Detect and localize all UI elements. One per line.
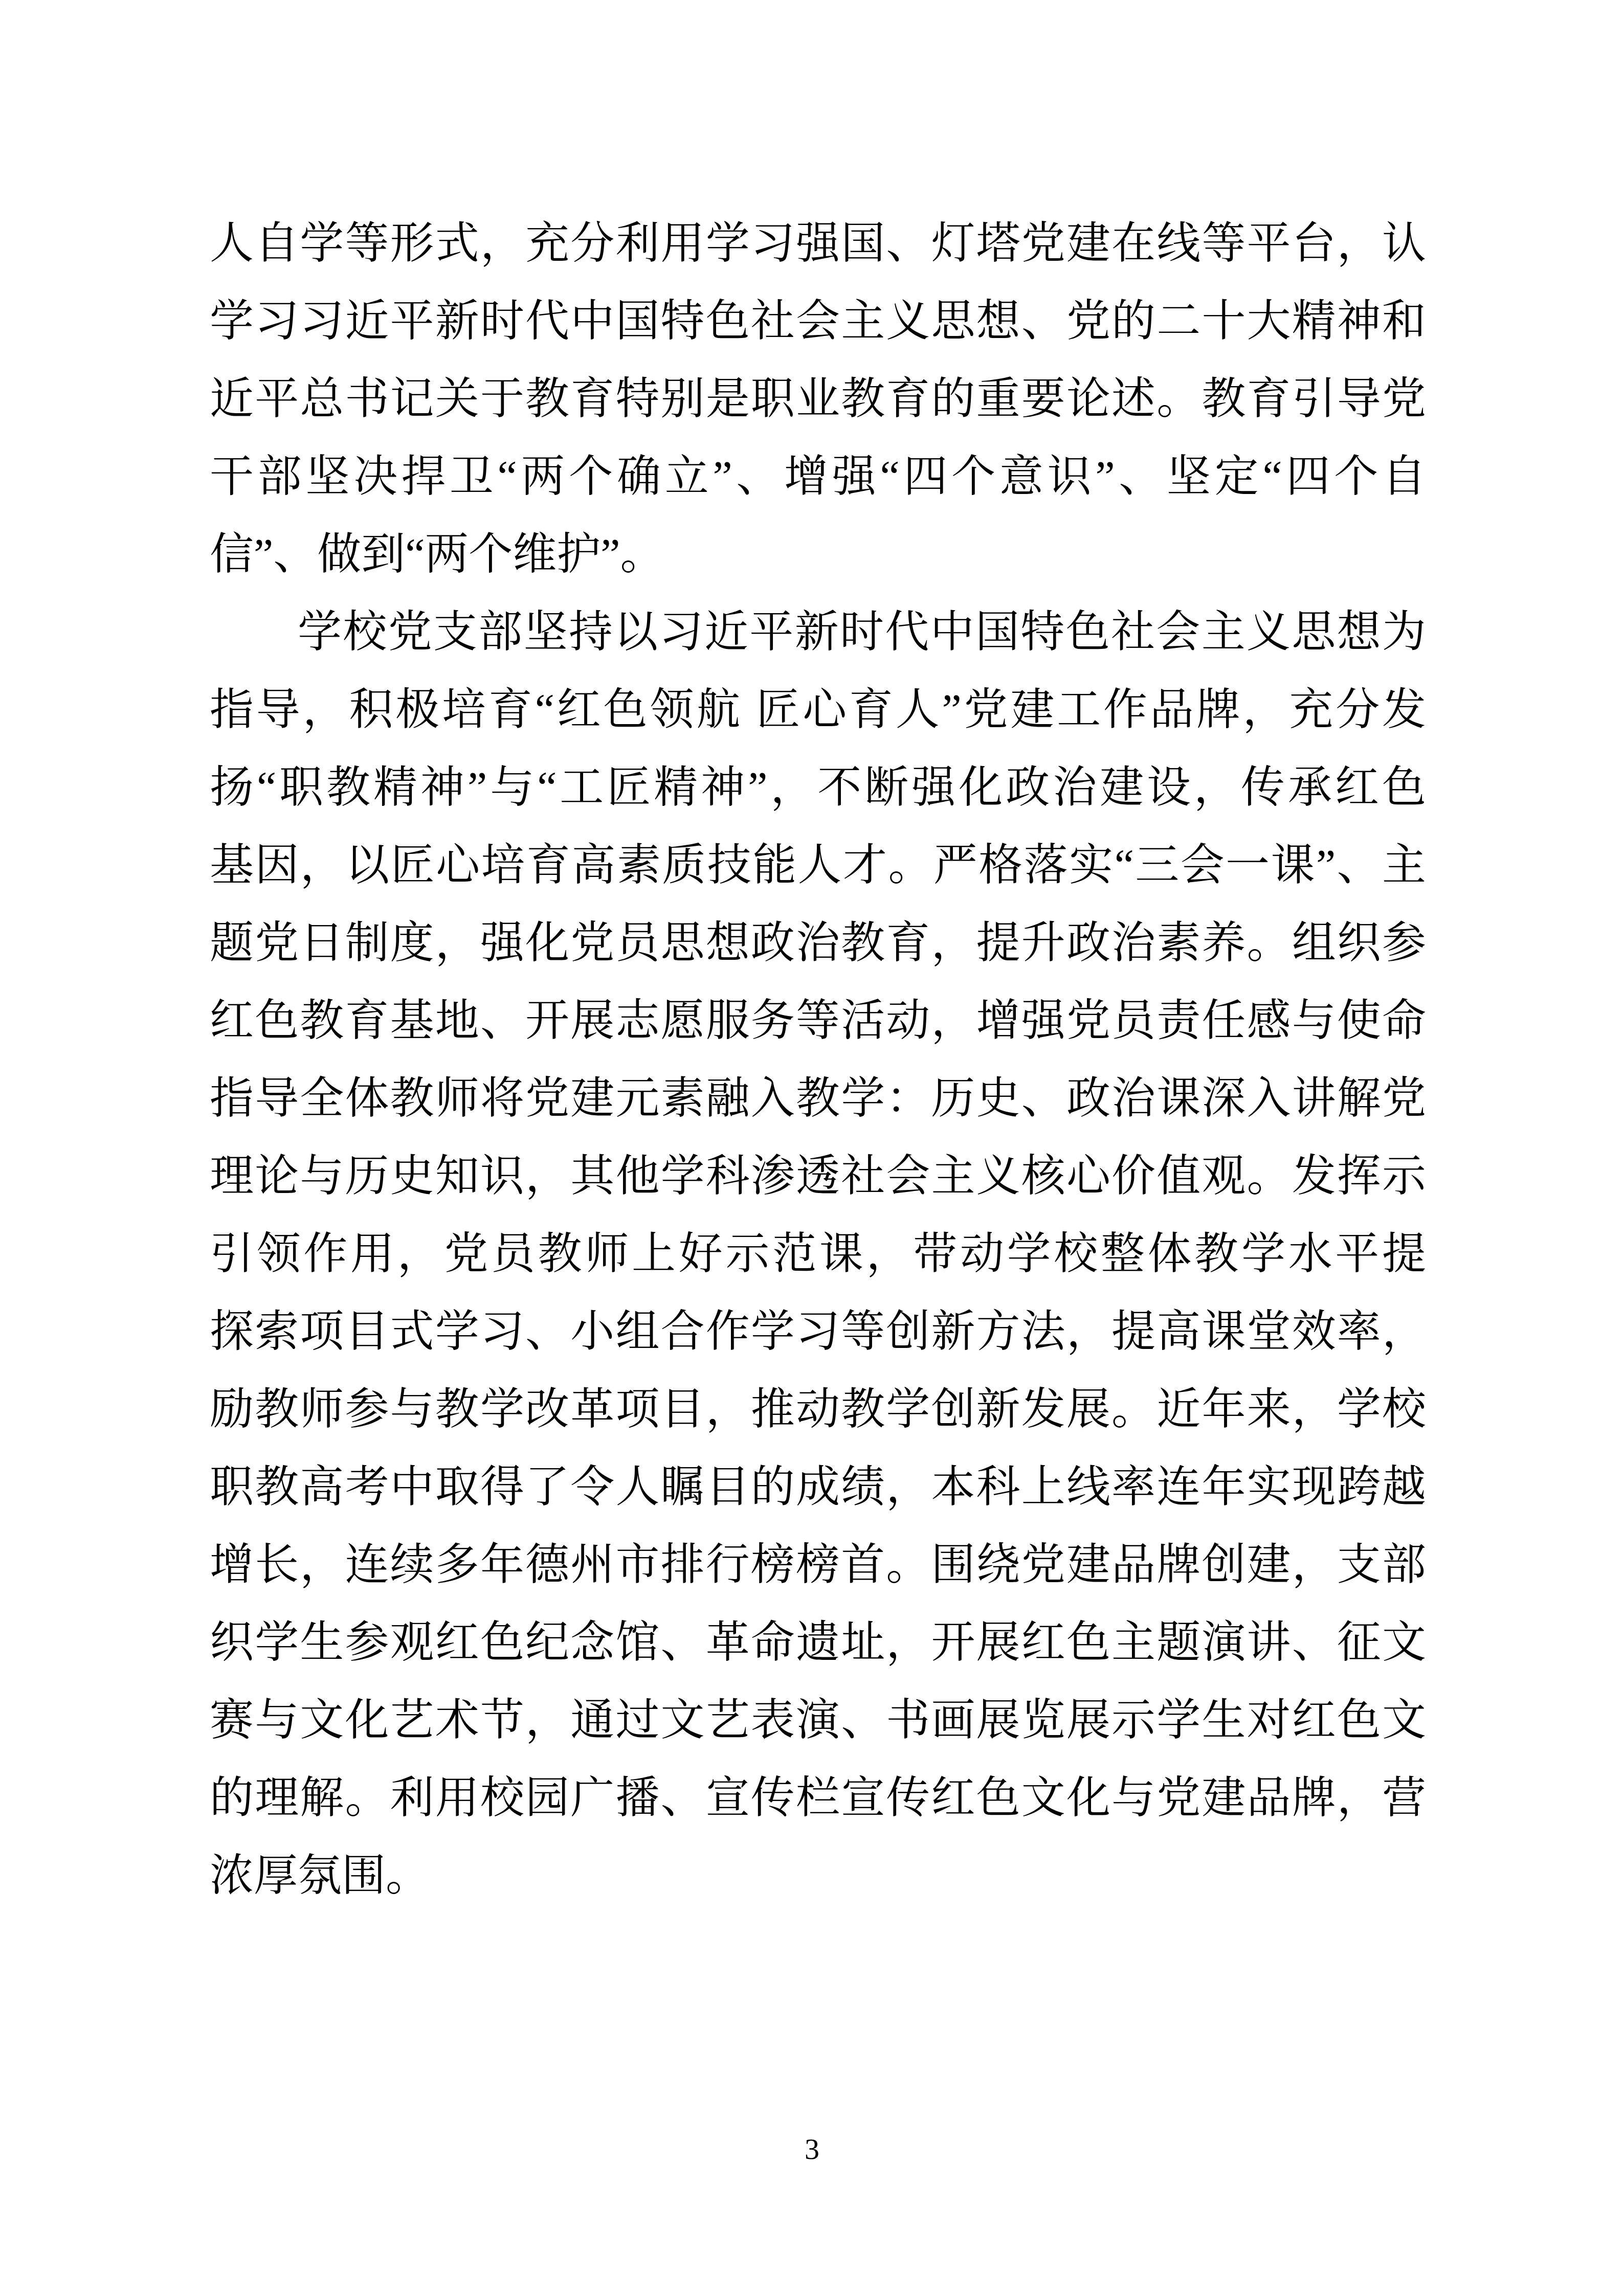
text-line: 引领作用，党员教师上好示范课，带动学校整体教学水平提升。 [210, 1215, 1426, 1293]
text-line: 励教师参与教学改革项目，推动教学创新发展。近年来，学校在 [210, 1370, 1426, 1448]
text-line: 人自学等形式，充分利用学习强国、灯塔党建在线等平台，认真 [210, 205, 1426, 282]
text-line: 赛与文化艺术节，通过文艺表演、书画展览展示学生对红色文化 [210, 1681, 1426, 1759]
text-line: 红色教育基地、开展志愿服务等活动，增强党员责任感与使命感。 [210, 982, 1426, 1060]
text-line: 织学生参观红色纪念馆、革命遗址，开展红色主题演讲、征文比 [210, 1604, 1426, 1681]
text-line: 干部坚决捍卫“两个确立”、增强“四个意识”、坚定“四个自 [210, 438, 1426, 515]
text-line: 探索项目式学习、小组合作学习等创新方法，提高课堂效率，鼓 [210, 1293, 1426, 1370]
text-line: 指导，积极培育“红色领航 匠心育人”党建工作品牌，充分发 [210, 671, 1426, 749]
text-line: 扬“职教精神”与“工匠精神”，不断强化政治建设，传承红色 [210, 749, 1426, 826]
text-line: 学校党支部坚持以习近平新时代中国特色社会主义思想为 [210, 593, 1426, 671]
text-line: 的理解。利用校园广播、宣传栏宣传红色文化与党建品牌，营造 [210, 1759, 1426, 1837]
text-line: 浓厚氛围。 [210, 1837, 1426, 1915]
text-line: 近平总书记关于教育特别是职业教育的重要论述。教育引导党员 [210, 360, 1426, 438]
document-page: 人自学等形式，充分利用学习强国、灯塔党建在线等平台，认真学习习近平新时代中国特色… [0, 0, 1624, 2296]
text-line: 学习习近平新时代中国特色社会主义思想、党的二十大精神和习 [210, 282, 1426, 360]
text-line: 指导全体教师将党建元素融入教学：历史、政治课深入讲解党的 [210, 1060, 1426, 1137]
text-line: 基因，以匠心培育高素质技能人才。严格落实“三会一课”、主 [210, 826, 1426, 904]
body-text: 人自学等形式，充分利用学习强国、灯塔党建在线等平台，认真学习习近平新时代中国特色… [210, 205, 1426, 1915]
text-line: 题党日制度，强化党员思想政治教育，提升政治素养。组织参观 [210, 904, 1426, 982]
text-line: 理论与历史知识，其他学科渗透社会主义核心价值观。发挥示范 [210, 1137, 1426, 1215]
text-line: 信”、做到“两个维护”。 [210, 515, 1426, 593]
page-number: 3 [0, 2131, 1624, 2167]
text-line: 增长，连续多年德州市排行榜榜首。围绕党建品牌创建，支部组 [210, 1526, 1426, 1604]
text-line: 职教高考中取得了令人瞩目的成绩，本科上线率连年实现跨越式 [210, 1448, 1426, 1526]
